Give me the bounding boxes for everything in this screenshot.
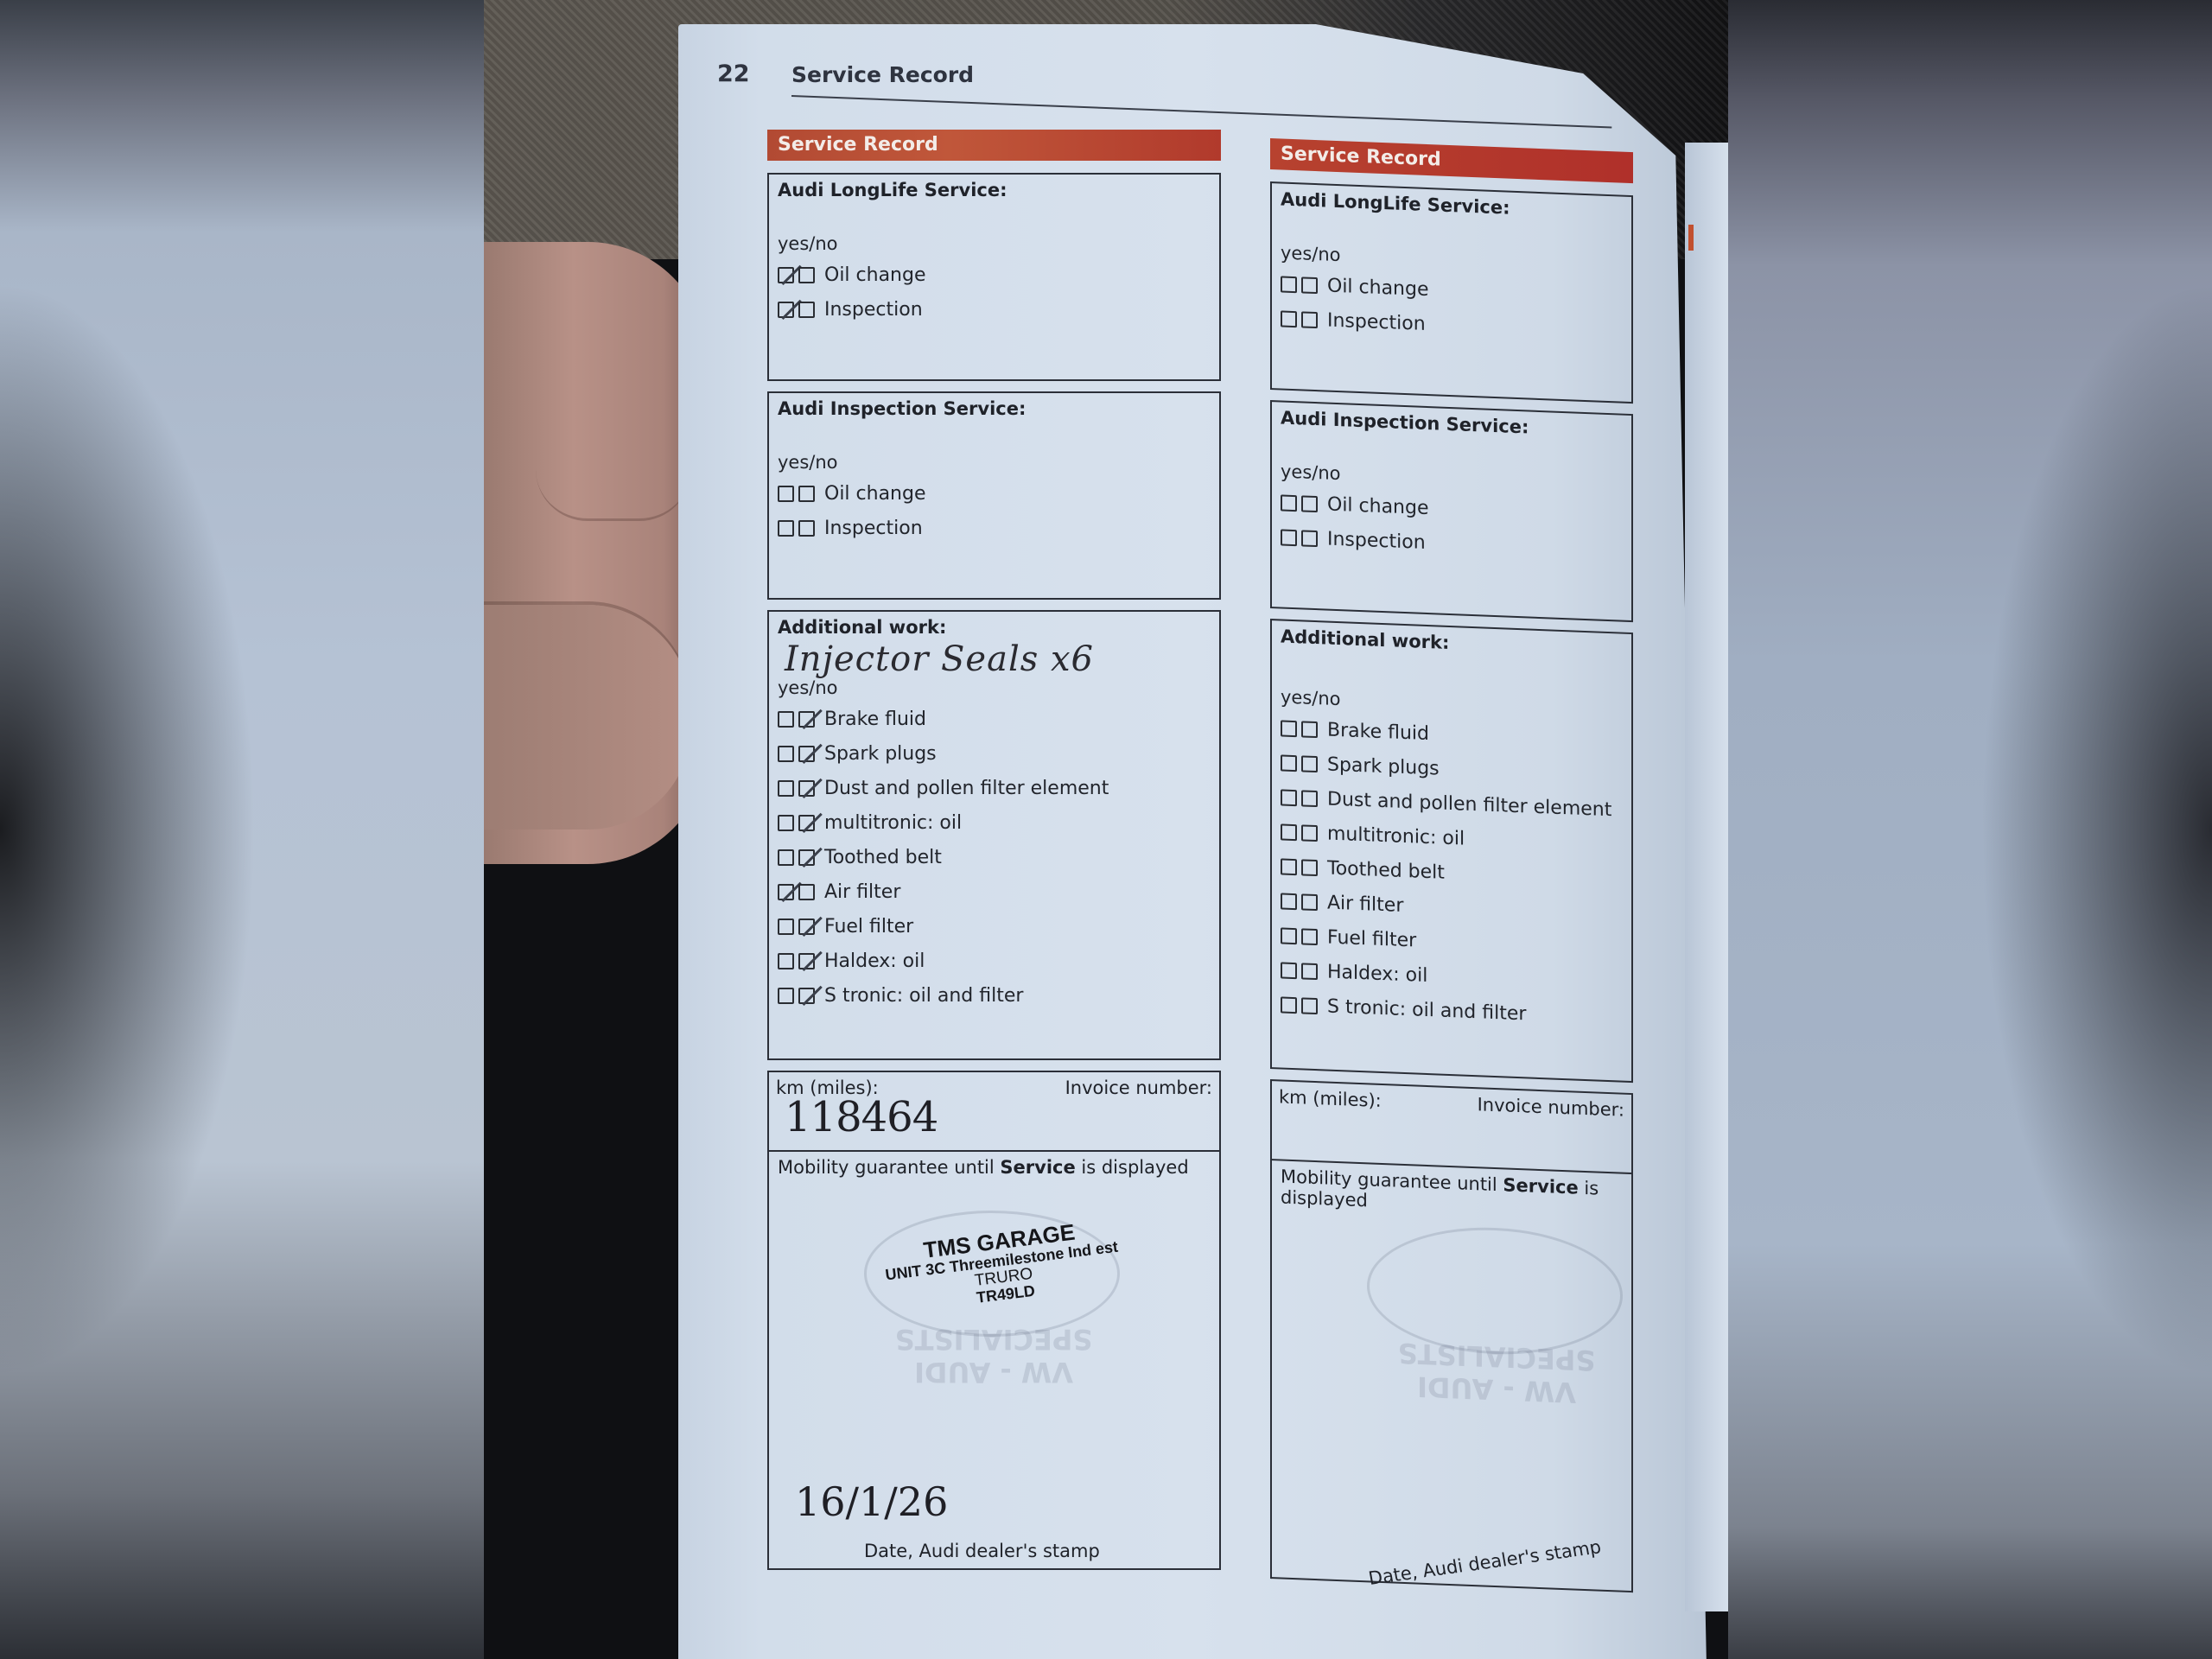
additional-work-box: Additional work: yes/no Brake fluidSpark… xyxy=(1270,619,1633,1083)
yes-checkbox[interactable] xyxy=(778,780,794,797)
invoice-label: Invoice number: xyxy=(1065,1077,1212,1098)
page-heading: Service Record xyxy=(791,62,974,87)
no-checkbox[interactable] xyxy=(1301,311,1318,328)
checklist-row: S tronic: oil and filter xyxy=(778,978,1211,1013)
checklist-row: Inspection xyxy=(778,511,1211,545)
blurred-background-left xyxy=(0,0,484,1659)
box-title: Additional work: xyxy=(778,617,1211,638)
no-checkbox[interactable] xyxy=(798,486,815,502)
checklist-label: Dust and pollen filter element xyxy=(824,778,1109,799)
checklist-row: Fuel filter xyxy=(778,909,1211,944)
no-checkbox[interactable] xyxy=(798,815,815,831)
yes-checkbox[interactable] xyxy=(778,988,794,1004)
yes-checkbox[interactable] xyxy=(778,267,794,283)
yes-checkbox[interactable] xyxy=(778,849,794,866)
no-checkbox[interactable] xyxy=(1301,790,1318,807)
no-checkbox[interactable] xyxy=(798,711,815,728)
yes-no-label: yes/no xyxy=(778,677,1211,698)
checklist-row: Haldex: oil xyxy=(778,944,1211,978)
yes-checkbox[interactable] xyxy=(778,520,794,537)
checklist-label: Air filter xyxy=(824,881,900,903)
yes-checkbox[interactable] xyxy=(778,746,794,762)
yes-no-label: yes/no xyxy=(778,233,1211,254)
checklist-label: Inspection xyxy=(1327,528,1426,553)
faded-stamp-text: VW - AUDI SPECIALISTS xyxy=(1341,1334,1652,1412)
service-record-column-1: Service Record Audi LongLife Service: ye… xyxy=(767,130,1221,1580)
mobility-guarantee-text: Mobility guarantee until Service is disp… xyxy=(778,1157,1211,1178)
checklist-label: Toothed belt xyxy=(824,847,942,868)
checklist-row: Brake fluid xyxy=(778,702,1211,736)
checklist-label: Oil change xyxy=(1327,493,1429,519)
checklist-label: Haldex: oil xyxy=(1327,961,1427,986)
yes-checkbox[interactable] xyxy=(1281,893,1297,910)
longlife-service-box: Audi LongLife Service: yes/no Oil change… xyxy=(767,173,1221,381)
checklist-label: Oil change xyxy=(824,264,926,286)
mobility-guarantee-text: Mobility guarantee until Service is disp… xyxy=(1281,1166,1623,1220)
yes-checkbox[interactable] xyxy=(1281,754,1297,772)
checklist-label: S tronic: oil and filter xyxy=(1327,995,1526,1025)
yes-checkbox[interactable] xyxy=(1281,927,1297,944)
page-number: 22 xyxy=(717,60,750,87)
dealer-stamp-box: Mobility guarantee until Service is disp… xyxy=(767,1150,1221,1570)
no-checkbox[interactable] xyxy=(798,520,815,537)
no-checkbox[interactable] xyxy=(1301,755,1318,772)
checklist-label: Air filter xyxy=(1327,892,1403,916)
yes-checkbox[interactable] xyxy=(1281,962,1297,979)
next-page-edge xyxy=(1685,143,1728,1611)
checklist-label: Inspection xyxy=(1327,309,1426,334)
checklist-row: Dust and pollen filter element xyxy=(778,771,1211,805)
checklist-label: Haldex: oil xyxy=(824,950,925,972)
yes-checkbox[interactable] xyxy=(1281,276,1297,293)
no-checkbox[interactable] xyxy=(798,746,815,762)
yes-checkbox[interactable] xyxy=(778,884,794,900)
longlife-service-box: Audi LongLife Service: yes/no Oil change… xyxy=(1270,181,1633,404)
checklist-label: Brake fluid xyxy=(1327,719,1429,745)
no-checkbox[interactable] xyxy=(1301,963,1318,980)
no-checkbox[interactable] xyxy=(798,884,815,900)
no-checkbox[interactable] xyxy=(798,849,815,866)
no-checkbox[interactable] xyxy=(798,918,815,935)
checklist-label: Oil change xyxy=(1327,275,1429,301)
no-checkbox[interactable] xyxy=(798,953,815,969)
yes-checkbox[interactable] xyxy=(778,918,794,935)
checklist-row: Oil change xyxy=(778,476,1211,511)
yes-checkbox[interactable] xyxy=(1281,310,1297,327)
yes-no-label: yes/no xyxy=(778,452,1211,473)
checklist-label: Inspection xyxy=(824,518,923,539)
checklist-row: Air filter xyxy=(778,874,1211,909)
no-checkbox[interactable] xyxy=(1301,824,1318,842)
checklist-label: Oil change xyxy=(824,483,926,505)
no-checkbox[interactable] xyxy=(1301,495,1318,512)
checklist-label: S tronic: oil and filter xyxy=(824,985,1023,1007)
box-title: Audi LongLife Service: xyxy=(778,180,1211,200)
checklist-label: Spark plugs xyxy=(1327,753,1440,779)
mileage-invoice-box: km (miles): Invoice number: 118464 xyxy=(767,1071,1221,1152)
yes-checkbox[interactable] xyxy=(1281,789,1297,806)
no-checkbox[interactable] xyxy=(1301,928,1318,945)
date-stamp-label: Date, Audi dealer's stamp xyxy=(1367,1536,1603,1589)
no-checkbox[interactable] xyxy=(798,302,815,318)
no-checkbox[interactable] xyxy=(1301,859,1318,876)
yes-checkbox[interactable] xyxy=(1281,858,1297,875)
yes-checkbox[interactable] xyxy=(1281,720,1297,737)
mileage-value[interactable]: 118464 xyxy=(785,1093,1219,1141)
yes-checkbox[interactable] xyxy=(1281,823,1297,841)
checklist-row: Oil change xyxy=(778,257,1211,292)
checklist-row: Spark plugs xyxy=(778,736,1211,771)
dealer-stamp-box: Mobility guarantee until Service is disp… xyxy=(1270,1159,1633,1592)
no-checkbox[interactable] xyxy=(1301,721,1318,738)
checklist-row: Inspection xyxy=(778,292,1211,327)
mileage-label: km (miles): xyxy=(1279,1086,1382,1111)
yes-checkbox[interactable] xyxy=(1281,996,1297,1014)
checklist-label: Fuel filter xyxy=(1327,926,1416,951)
no-checkbox[interactable] xyxy=(1301,997,1318,1014)
no-checkbox[interactable] xyxy=(1301,530,1318,547)
invoice-label: Invoice number: xyxy=(1478,1094,1624,1121)
no-checkbox[interactable] xyxy=(798,267,815,283)
yes-checkbox[interactable] xyxy=(778,486,794,502)
checklist-label: Toothed belt xyxy=(1327,857,1445,883)
checklist-label: Fuel filter xyxy=(824,916,913,938)
checklist-label: Brake fluid xyxy=(824,709,926,730)
checklist-label: Dust and pollen filter element xyxy=(1327,788,1611,821)
checklist-label: multitronic: oil xyxy=(824,812,962,834)
box-title: Audi Inspection Service: xyxy=(778,398,1211,419)
additional-work-box: Additional work: Injector Seals x6 yes/n… xyxy=(767,610,1221,1060)
checklist-row: multitronic: oil xyxy=(778,805,1211,840)
no-checkbox[interactable] xyxy=(798,988,815,1004)
no-checkbox[interactable] xyxy=(798,780,815,797)
inspection-service-box: Audi Inspection Service: yes/no Oil chan… xyxy=(1270,400,1633,622)
no-checkbox[interactable] xyxy=(1301,893,1318,911)
handwritten-note[interactable]: Injector Seals x6 xyxy=(785,639,1211,683)
service-record-column-2: Service Record Audi LongLife Service: ye… xyxy=(1270,138,1633,1603)
faded-stamp-text: VW - AUDI SPECIALISTS xyxy=(838,1323,1149,1389)
inspection-service-box: Audi Inspection Service: yes/no Oil chan… xyxy=(767,391,1221,600)
box-title: Audi LongLife Service: xyxy=(1281,188,1623,222)
yes-checkbox[interactable] xyxy=(778,302,794,318)
yes-checkbox[interactable] xyxy=(778,711,794,728)
yes-checkbox[interactable] xyxy=(1281,529,1297,546)
box-title: Audi Inspection Service: xyxy=(1281,407,1623,441)
yes-checkbox[interactable] xyxy=(778,815,794,831)
blurred-background-right xyxy=(1728,0,2212,1659)
yes-checkbox[interactable] xyxy=(1281,494,1297,512)
checklist-row: Toothed belt xyxy=(778,840,1211,874)
date-stamp-label: Date, Audi dealer's stamp xyxy=(864,1541,1100,1561)
service-record-banner: Service Record xyxy=(767,130,1221,161)
checklist-label: Spark plugs xyxy=(824,743,937,765)
handwritten-date[interactable]: 16/1/26 xyxy=(795,1478,948,1525)
checklist-label: multitronic: oil xyxy=(1327,823,1465,849)
no-checkbox[interactable] xyxy=(1301,276,1318,294)
hand xyxy=(484,242,709,864)
checklist-label: Inspection xyxy=(824,299,923,321)
yes-checkbox[interactable] xyxy=(778,953,794,969)
